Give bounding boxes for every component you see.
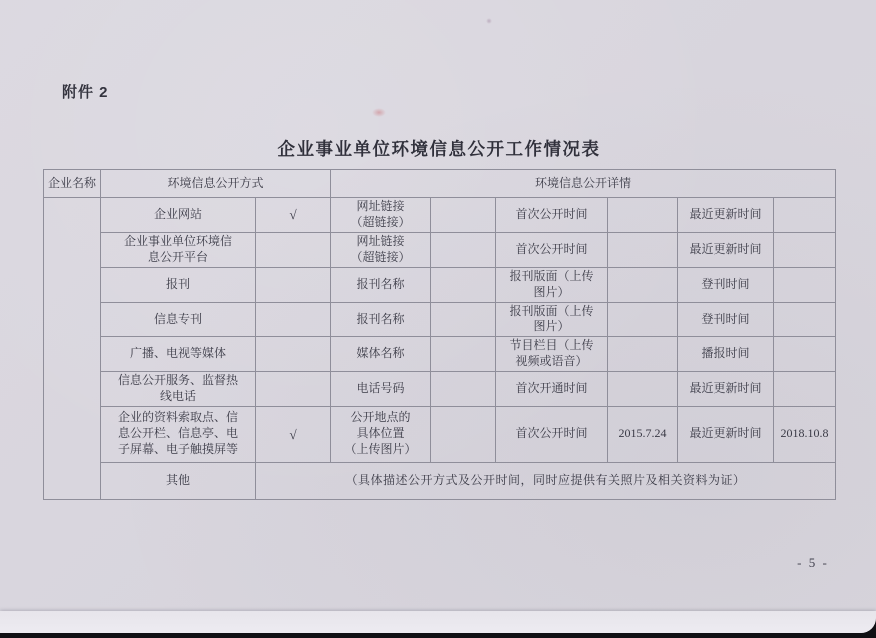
table-header-row: 企业名称 环境信息公开方式 环境信息公开详情 <box>44 170 836 198</box>
table-row: 信息专刊 报刊名称 报刊版面（上传 图片） 登刊时间 <box>44 302 836 337</box>
cell-detail-label: 最近更新时间 <box>678 406 774 462</box>
cell-detail-value <box>431 406 496 462</box>
cell-detail-label: 首次公开时间 <box>496 233 608 268</box>
cell-method: 报刊 <box>101 268 256 303</box>
cell-detail-label: 报刊版面（上传 图片） <box>496 302 608 337</box>
page-number: - 5 - <box>768 555 858 571</box>
attachment-label: 附件 2 <box>62 81 109 102</box>
paper-sheet: 附件 2 企业事业单位环境信息公开工作情况表 企业名称 环境信息公开方式 环境信… <box>0 0 876 633</box>
cell-checkmark: √ <box>256 198 331 233</box>
cell-checkmark <box>256 302 331 337</box>
cell-detail-value <box>431 337 496 372</box>
table-row: 企业事业单位环境信 息公开平台 网址链接 （超链接） 首次公开时间 最近更新时间 <box>44 233 836 268</box>
cell-detail-value <box>431 233 496 268</box>
cell-detail-label: 首次公开时间 <box>496 406 608 462</box>
cell-detail-label: 最近更新时间 <box>678 198 774 233</box>
company-name-cell <box>44 198 101 500</box>
cell-method-other: 其他 <box>101 462 256 499</box>
cell-detail-value <box>431 268 496 303</box>
ink-smudge <box>486 18 492 24</box>
table-row: 企业网站 √ 网址链接 （超链接） 首次公开时间 最近更新时间 <box>44 198 836 233</box>
ink-smudge <box>372 108 386 117</box>
cell-detail-label: 节目栏目（上传 视频或语音） <box>496 337 608 372</box>
cell-detail-label: 报刊名称 <box>331 268 431 303</box>
cell-detail-label: 首次公开时间 <box>496 198 608 233</box>
cell-method: 广播、电视等媒体 <box>101 337 256 372</box>
cell-detail-label: 报刊名称 <box>331 302 431 337</box>
cell-detail-value: 2015.7.24 <box>608 406 678 462</box>
table-row: 信息公开服务、监督热 线电话 电话号码 首次开通时间 最近更新时间 <box>44 371 836 406</box>
cell-detail-value <box>608 302 678 337</box>
cell-detail-value <box>608 268 678 303</box>
cell-detail-label: 登刊时间 <box>678 268 774 303</box>
cell-checkmark <box>256 371 331 406</box>
disclosure-table: 企业名称 环境信息公开方式 环境信息公开详情 企业网站 √ 网址链接 （超链接）… <box>43 169 836 500</box>
cell-method: 企业事业单位环境信 息公开平台 <box>101 233 256 268</box>
cell-checkmark <box>256 337 331 372</box>
cell-detail-label: 首次开通时间 <box>496 371 608 406</box>
cell-detail-label: 最近更新时间 <box>678 371 774 406</box>
cell-detail-label: 播报时间 <box>678 337 774 372</box>
cell-detail-value <box>774 198 836 233</box>
table-row-other: 其他 （具体描述公开方式及公开时间，同时应提供有关照片及相关资料为证） <box>44 462 836 499</box>
cell-method: 企业的资料索取点、信 息公开栏、信息亭、电 子屏幕、电子触摸屏等 <box>101 406 256 462</box>
cell-detail-value <box>774 302 836 337</box>
cell-detail-value: 2018.10.8 <box>774 406 836 462</box>
cell-detail-value <box>608 198 678 233</box>
table-row: 企业的资料索取点、信 息公开栏、信息亭、电 子屏幕、电子触摸屏等 √ 公开地点的… <box>44 406 836 462</box>
cell-detail-label: 最近更新时间 <box>678 233 774 268</box>
cell-detail-label: 公开地点的 具体位置 （上传图片） <box>331 406 431 462</box>
cell-detail-label: 网址链接 （超链接） <box>331 233 431 268</box>
cell-detail-value <box>608 337 678 372</box>
table-row: 报刊 报刊名称 报刊版面（上传 图片） 登刊时间 <box>44 268 836 303</box>
paper-bottom-edge <box>0 611 876 633</box>
cell-checkmark <box>256 233 331 268</box>
cell-detail-value <box>431 302 496 337</box>
cell-detail-value <box>608 371 678 406</box>
cell-detail-value <box>774 371 836 406</box>
cell-detail-label: 报刊版面（上传 图片） <box>496 268 608 303</box>
cell-detail-value <box>431 371 496 406</box>
cell-detail-label: 网址链接 （超链接） <box>331 198 431 233</box>
header-company-name: 企业名称 <box>44 170 101 198</box>
document-title: 企业事业单位环境信息公开工作情况表 <box>43 136 835 161</box>
cell-method: 信息专刊 <box>101 302 256 337</box>
cell-other-note: （具体描述公开方式及公开时间，同时应提供有关照片及相关资料为证） <box>256 462 836 499</box>
cell-detail-value <box>431 198 496 233</box>
header-disclosure-method: 环境信息公开方式 <box>101 170 331 198</box>
cell-detail-value <box>774 233 836 268</box>
cell-checkmark <box>256 268 331 303</box>
cell-detail-label: 电话号码 <box>331 371 431 406</box>
cell-detail-label: 媒体名称 <box>331 337 431 372</box>
cell-method: 信息公开服务、监督热 线电话 <box>101 371 256 406</box>
cell-checkmark: √ <box>256 406 331 462</box>
cell-method: 企业网站 <box>101 198 256 233</box>
table-row: 广播、电视等媒体 媒体名称 节目栏目（上传 视频或语音） 播报时间 <box>44 337 836 372</box>
cell-detail-value <box>774 268 836 303</box>
cell-detail-value <box>608 233 678 268</box>
scanned-page: 附件 2 企业事业单位环境信息公开工作情况表 企业名称 环境信息公开方式 环境信… <box>0 0 876 638</box>
cell-detail-label: 登刊时间 <box>678 302 774 337</box>
header-disclosure-detail: 环境信息公开详情 <box>331 170 836 198</box>
cell-detail-value <box>774 337 836 372</box>
